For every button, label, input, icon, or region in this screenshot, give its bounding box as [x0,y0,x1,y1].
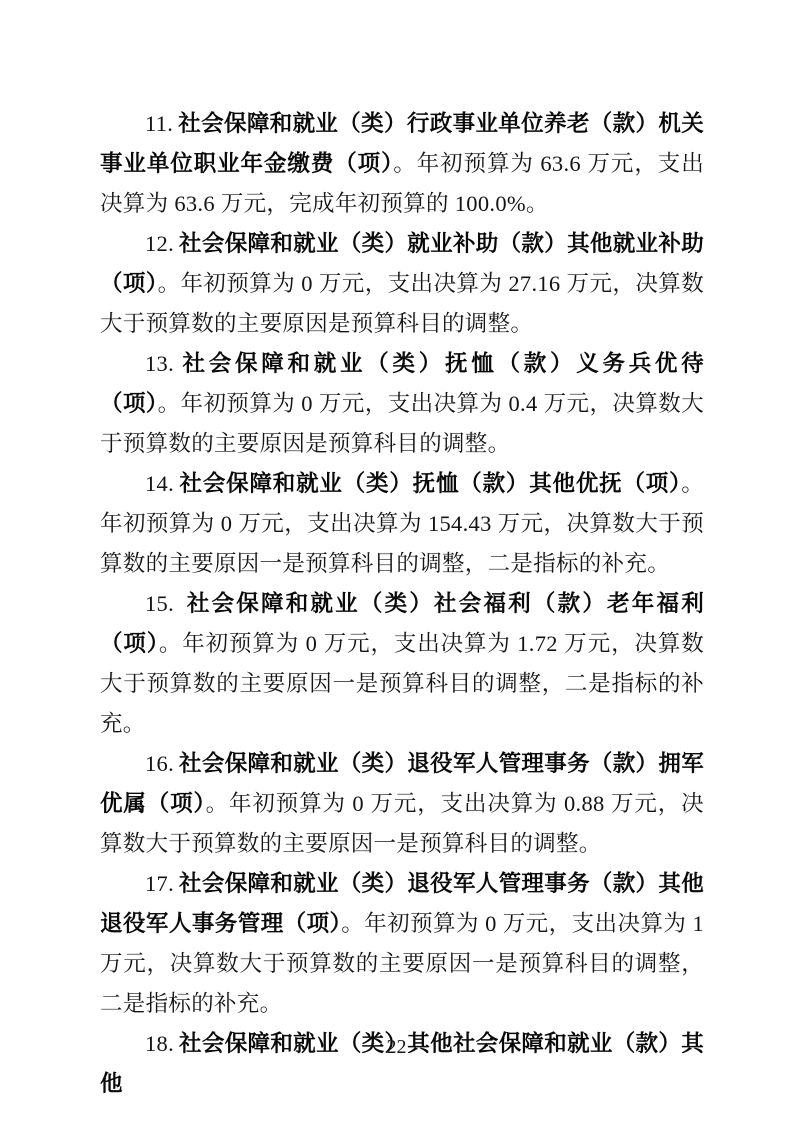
paragraph-item-13: 13.社会保障和就业（类）抚恤（款）义务兵优待（项）。年初预算为 0 万元，支出… [100,344,704,464]
page-footer: 22 [0,1036,793,1059]
page-number: 22 [387,1036,407,1058]
item-body: 。年初预算为 0 万元，支出决算为 0.4 万元，决算数大于预算数的主要原因是预… [100,391,704,456]
paragraph-item-15: 15. 社会保障和就业（类）社会福利（款）老年福利（项）。年初预算为 0 万元，… [100,584,704,744]
paragraph-item-12: 12.社会保障和就业（类）就业补助（款）其他就业补助（项）。年初预算为 0 万元… [100,224,704,344]
item-number: 11. [145,111,173,136]
item-body: 。年初预算为 0 万元，支出决算为 1.72 万元，决算数大于预算数的主要原因一… [100,631,704,736]
paragraph-item-16: 16.社会保障和就业（类）退役军人管理事务（款）拥军优属（项）。年初预算为 0 … [100,744,704,864]
item-title: 社会保障和就业（类）抚恤（款）其他优抚（项） [179,471,681,496]
item-body: 。年初预算为 0 万元，支出决算为 27.16 万元，决算数大于预算数的主要原因… [100,271,704,336]
item-number: 13. [145,351,174,376]
item-number: 16. [145,751,174,776]
paragraph-item-11: 11.社会保障和就业（类）行政事业单位养老（款）机关事业单位职业年金缴费（项）。… [100,104,704,224]
paragraph-item-14: 14.社会保障和就业（类）抚恤（款）其他优抚（项）。年初预算为 0 万元，支出决… [100,464,704,584]
document-content: 11.社会保障和就业（类）行政事业单位养老（款）机关事业单位职业年金缴费（项）。… [100,104,704,1104]
item-number: 14. [145,471,174,496]
item-number: 12. [145,231,174,256]
document-page: 11.社会保障和就业（类）行政事业单位养老（款）机关事业单位职业年金缴费（项）。… [0,0,793,1122]
item-number: 17. [145,871,174,896]
paragraph-item-17: 17.社会保障和就业（类）退役军人管理事务（款）其他退役军人事务管理（项）。年初… [100,864,704,1024]
item-number: 15. [145,591,182,616]
